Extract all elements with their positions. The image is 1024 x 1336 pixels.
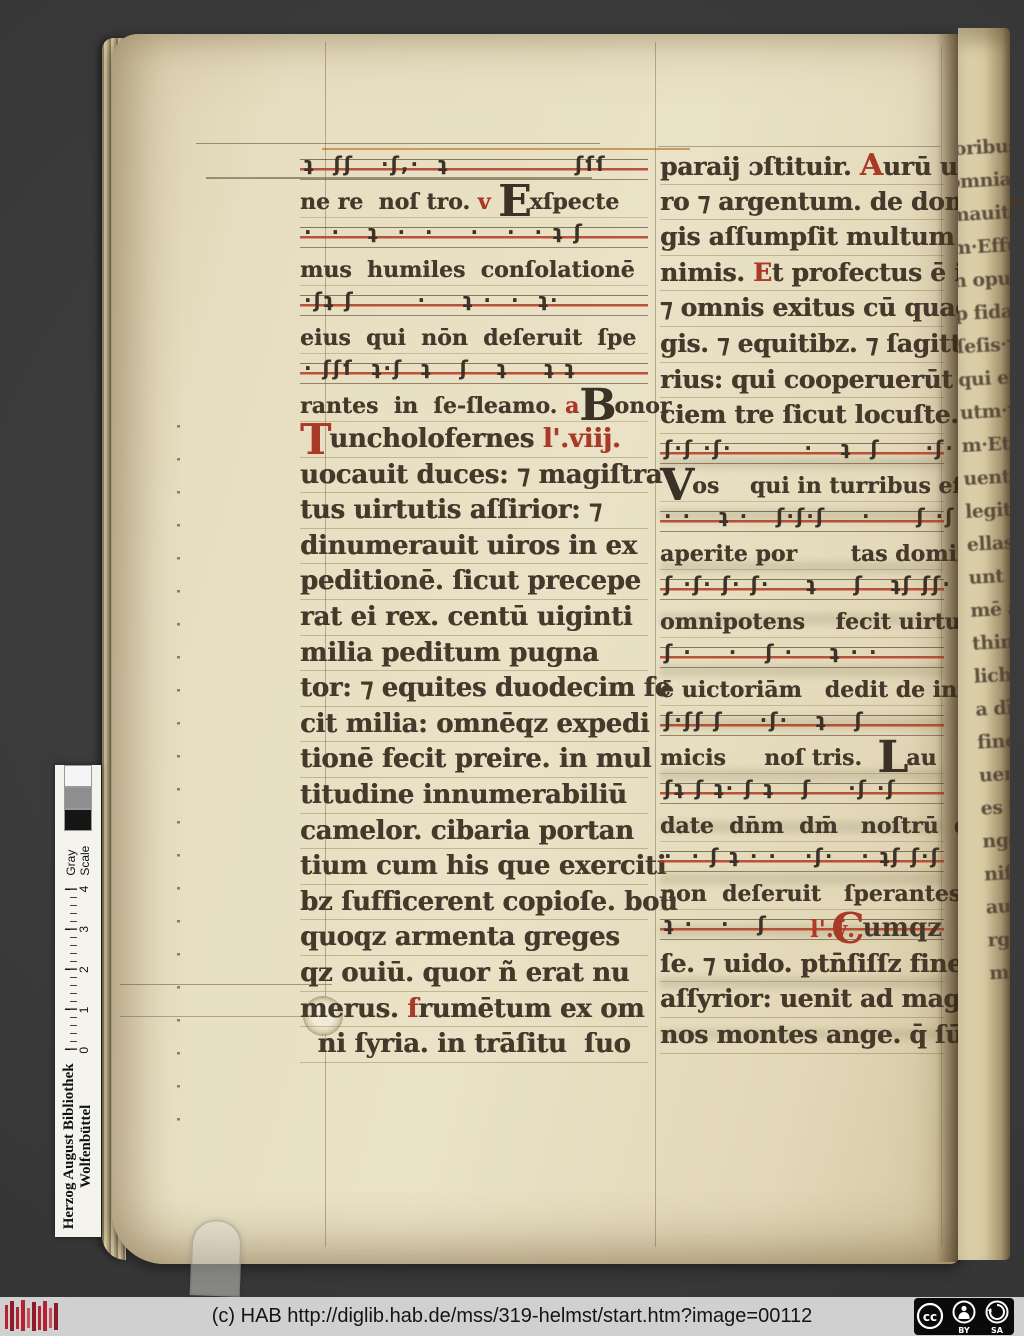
facing-page-text-line: fines aſſur·q bbox=[976, 724, 1010, 759]
pricking-holes bbox=[177, 425, 180, 1133]
right-paragraph-top: paraij ɔſtituir. Aurū uero ⁊ argentum. d… bbox=[660, 149, 944, 434]
text-line: uocauit duces: ⁊ magiſtra bbox=[300, 458, 648, 494]
text-line: aſſyrior: uenit ad mag bbox=[660, 982, 944, 1018]
gray-scale: Gray Scale bbox=[64, 765, 92, 876]
neume-marks: · ʃʃſ ʇ·ʃ ʇ ʃ ʇ ʇ ʇ bbox=[304, 356, 576, 380]
facing-page-text-line: p fidauit qz oī bbox=[958, 296, 1001, 331]
chant-row: ʃ·ʃ ·ʃ· · ʇ ʃ ·ʃ· ʃ Vos qui in turribus … bbox=[660, 435, 944, 502]
ruler-number: 2 bbox=[77, 966, 91, 973]
ruling-line bbox=[196, 143, 600, 144]
transparent-page-holder bbox=[190, 1219, 243, 1297]
facing-page-text-line: niſtro ɔſtituit bbox=[983, 856, 1010, 891]
ruling-line bbox=[658, 146, 940, 147]
chant-lyric: eius qui nōn deſeruit ſpe bbox=[300, 323, 648, 354]
facing-page-text-line: thimos eius uſ bbox=[971, 625, 1010, 660]
neume-marks: ʃ · · ʃ · ʇ · · bbox=[664, 640, 879, 664]
facing-page-text-line: uertit ad mōt bbox=[978, 757, 1010, 792]
text-line: qz ouiū. quor ñ erat nu bbox=[300, 956, 648, 992]
left-chant-block: ʇ ʃʃ ·ʃ,· ʇ ʃſſ ne re noſ tro. v Exſpect… bbox=[300, 151, 648, 422]
library-name: Herzog August Bibliothek Wolfenbüttel bbox=[61, 1056, 95, 1237]
music-staff: ʃ ·ʃ· ʃ· ʃ· ʇ ʃ ʇʃ ʃʃ· bbox=[660, 571, 944, 607]
left-column: ʇ ʃʃ ·ʃ,· ʇ ʃſſ ne re noſ tro. v Exſpect… bbox=[300, 150, 648, 1063]
music-staff: · · ʇ · · · · · ʇ ʃ bbox=[300, 219, 648, 255]
cm-ruler: 01234 bbox=[65, 886, 91, 1054]
neume-marks: ʃ ·ʃ· ʃ· ʃ· ʇ ʃ ʇʃ ʃʃ· bbox=[664, 572, 952, 596]
facing-page-text-line: m·Et mīlit euf bbox=[961, 428, 1008, 463]
chant-lyric: omnipotens fecit uirtutē bbox=[660, 607, 944, 638]
chant-row: ʃ · · ʃ · ʇ · · ē uictoriām dedit de ini bbox=[660, 639, 944, 706]
facing-page-edge: ſoribus dicte·omnia caſtellmauit omīe tm… bbox=[958, 28, 1010, 1260]
facing-page-text-line: n opulentiſſu bbox=[958, 263, 999, 298]
text-line: tor: ⁊ equites duodecim fe bbox=[300, 671, 648, 707]
right-chant-block: ʃ·ʃ ·ʃ· · ʇ ʃ ·ʃ· ʃ Vos qui in turribus … bbox=[660, 435, 944, 947]
neume-marks: ·ʃʇ ʃ · ʇ · · ʇ· bbox=[304, 288, 560, 312]
facing-page-text-line: mē ad mare·Et bbox=[969, 593, 1010, 628]
chant-lyric: date dn̄m dm̄ noſtrū qui bbox=[660, 811, 944, 842]
ruler-number: 0 bbox=[77, 1047, 91, 1054]
chant-lyric: non deſeruit ſperantes in bbox=[660, 879, 944, 910]
music-staff: · · ʃ ʇ · · ·ʃ· · ʇʃ ʃ·ʃ bbox=[660, 843, 944, 879]
text-line: rius: qui cooperuerūt fa bbox=[660, 363, 944, 399]
cc-by-sa-badge: cc BY SA bbox=[914, 1298, 1014, 1335]
text-line: tus uirtutis aſſirior: ⁊ bbox=[300, 493, 648, 529]
copyright-url: (c) HAB http://diglib.hab.de/mss/319-hel… bbox=[0, 1297, 1024, 1336]
neume-marks: ʃʇ ʃ ʇ· ʃ ʇ ʃ ·ʃ ·ʃ bbox=[664, 776, 897, 800]
music-staff: · ʃʃſ ʇ·ʃ ʇ ʃ ʇ ʇ ʇ bbox=[300, 355, 648, 391]
facing-page-text-line: es magnos·a bbox=[980, 790, 1010, 825]
chant-row: ʃʇ ʃ ʇ· ʃ ʇ ʃ ·ʃ ·ʃ date dn̄m dm̄ noſtrū… bbox=[660, 775, 944, 842]
text-line: cit milia: omnēqz expedi bbox=[300, 707, 648, 743]
gray-scale-patches bbox=[64, 765, 92, 831]
music-staff: ʃ·ʃʃ ʃ ·ʃ· ʇ ʃ bbox=[660, 707, 944, 743]
chant-row: · · ʇ · ʃ·ʃ·ʃ · ʃ ·ʃ aperite por tas dom… bbox=[660, 503, 944, 570]
ruler-numbers: 01234 bbox=[77, 886, 91, 1054]
facing-page-text-line: unt māthe·ul bbox=[968, 560, 1010, 595]
ruler-content: Herzog August Bibliothek Wolfenbüttel 01… bbox=[55, 765, 101, 1237]
music-staff: · · ʇ · ʃ·ʃ·ʃ · ʃ ·ʃ bbox=[660, 503, 944, 539]
chant-row: ·ʃʇ ʃ · ʇ · · ʇ· eius qui nōn deſeruit ſ… bbox=[300, 287, 648, 354]
facing-page-text-line: legit omēs ciui bbox=[964, 494, 1010, 529]
facing-page-text-line: ngeſ q̄ ſur a ſi bbox=[982, 823, 1010, 858]
music-staff: ʃ · · ʃ · ʇ · · bbox=[660, 639, 944, 675]
facing-page-text-line: lich q̄ ſancta bbox=[973, 658, 1010, 693]
photo-background: ʇ ʃʃ ·ʃ,· ʇ ʃſſ ne re noſ tro. v Exſpect… bbox=[0, 0, 1024, 1297]
cc-logo-text: cc bbox=[923, 1310, 937, 1324]
library-name-line1: Herzog August Bibliothek bbox=[61, 1056, 78, 1237]
facing-page-text-line: rgentū de do bbox=[987, 922, 1010, 957]
neume-marks: · · ʃ ʇ · · ·ʃ· · ʇʃ ʃ·ʃ bbox=[664, 844, 941, 868]
music-staff: ʇ · · ʃ l'.v̈. Cumqz bbox=[660, 911, 944, 947]
facing-page-text-line: ſoribus dicte· bbox=[958, 131, 992, 166]
digitized-manuscript-photo: ʇ ʃʃ ·ʃ,· ʇ ʃſſ ne re noſ tro. v Exſpect… bbox=[0, 0, 1024, 1336]
neume-marks: ʇ · · ʃ bbox=[664, 912, 768, 936]
chant-row: ʃ ·ʃ· ʃ· ʃ· ʇ ʃ ʇʃ ʃʃ· omnipotens fecit … bbox=[660, 571, 944, 638]
facing-page-text-line: m·Effugit au bbox=[958, 230, 997, 265]
facing-page-text-line: a dīcis ad oē bbox=[975, 691, 1010, 726]
chant-row: ʃ·ʃʃ ʃ ·ʃ· ʇ ʃ micis noſ tris. Lau bbox=[660, 707, 944, 774]
text-line: dinumerauit uiros in ex bbox=[300, 529, 648, 565]
ruler-number: 4 bbox=[77, 886, 91, 893]
ruler-ticks bbox=[65, 886, 77, 1050]
chant-lyric: aperite por tas dominus bbox=[660, 539, 944, 570]
text-line: ni ſyria. in trāſitu ſuo bbox=[300, 1027, 648, 1063]
facing-page-text-line: mauit omīe t bbox=[958, 197, 995, 232]
gray-patch-white bbox=[64, 765, 92, 787]
text-line: ſe. ⁊ uido. ptn̄ſiſſz fines bbox=[660, 947, 944, 983]
text-line: milia peditum pugna bbox=[300, 636, 648, 672]
neume-marks: ʃ·ʃ ·ʃ· · ʇ ʃ ·ʃ· ʃ bbox=[664, 436, 974, 460]
text-line: Tuncholofernes l'.viij. bbox=[300, 422, 648, 458]
facing-page-text-line: ſeſis·⁊ filios u bbox=[958, 329, 1002, 364]
music-staff: ·ʃʇ ʃ · ʇ · · ʇ· bbox=[300, 287, 648, 323]
chant-lyric: rantes in ſe-ſleamo. aBonor bbox=[300, 391, 648, 422]
chant-lyric: mus humiles conſolationē bbox=[300, 255, 648, 286]
text-line: peditionē. ſicut precepe bbox=[300, 564, 648, 600]
text-line: paraij ɔſtituir. Aurū ue bbox=[660, 149, 944, 185]
chant-row: · · ʇ · · · · · ʇ ʃ mus humiles conſolat… bbox=[300, 219, 648, 286]
staff-tail-text: Cumqz bbox=[831, 913, 942, 943]
chant-row: · ʃʃſ ʇ·ʃ ʇ ʃ ʇ ʇ ʇ rantes in ſe-ſleamo.… bbox=[300, 355, 648, 422]
facing-page-text-line: utm·⁊ ad auſt bbox=[959, 395, 1006, 430]
text-line: titudine innumerabiliū bbox=[300, 778, 648, 814]
ruler-number: 1 bbox=[77, 1007, 91, 1014]
facing-page-text-line: ellas·qui cōſa t bbox=[966, 527, 1010, 562]
gray-scale-label: Gray Scale bbox=[64, 835, 92, 876]
text-line: ciem tre ſicut locuſte. R bbox=[660, 398, 944, 434]
chant-row: · · ʃ ʇ · · ·ʃ· · ʇʃ ʃ·ʃ non deſeruit ſp… bbox=[660, 843, 944, 910]
right-column: paraij ɔſtituir. Aurū uero ⁊ argentum. d… bbox=[660, 149, 944, 1054]
text-line: merus. frumētum ex om bbox=[300, 992, 648, 1028]
neume-marks: · · ʇ · ʃ·ʃ·ʃ · ʃ ·ʃ bbox=[664, 504, 956, 528]
facing-page-text: ſoribus dicte·omnia caſtellmauit omīe tm… bbox=[958, 28, 1010, 991]
chant-row: ʇ · · ʃ l'.v̈. Cumqz bbox=[660, 911, 944, 947]
reference-ruler-strip: Herzog August Bibliothek Wolfenbüttel 01… bbox=[55, 765, 101, 1237]
chant-row: ʇ ʃʃ ·ʃ,· ʇ ʃſſ ne re noſ tro. v Exſpect… bbox=[300, 151, 648, 218]
text-line: nos montes ange. q̄ ſūr bbox=[660, 1018, 944, 1054]
library-name-line2: Wolfenbüttel bbox=[78, 1056, 95, 1237]
text-line: camelor. cibaria portan bbox=[300, 814, 648, 850]
left-paragraph: Tuncholofernes l'.viij.uocauit duces: ⁊ … bbox=[300, 422, 648, 1063]
right-paragraph-bottom: ſe. ⁊ uido. ptn̄ſiſſz finesaſſyrior: uen… bbox=[660, 947, 944, 1054]
book-gutter-shadow bbox=[936, 34, 960, 1262]
caption-bar: (c) HAB http://diglib.hab.de/mss/319-hel… bbox=[0, 1297, 1024, 1336]
music-staff: ʃ·ʃ ·ʃ· · ʇ ʃ ·ʃ· ʃ bbox=[660, 435, 944, 471]
chant-lyric: ē uictoriām dedit de ini bbox=[660, 675, 944, 706]
facing-page-text-line: uent mōſopota bbox=[963, 461, 1010, 496]
ruler-number: 3 bbox=[77, 926, 91, 933]
neume-marks: · · ʇ · · · · · ʇ ʃ bbox=[304, 220, 584, 244]
gray-patch-mid bbox=[64, 787, 92, 809]
music-staff: ʃʇ ʃ ʇ· ʃ ʇ ʃ ·ʃ ·ʃ bbox=[660, 775, 944, 811]
gray-patch-black bbox=[64, 809, 92, 831]
text-line: tium cum his que exerciti bbox=[300, 849, 648, 885]
neume-marks: ʃ·ʃʃ ʃ ·ʃ· ʇ ʃ bbox=[664, 708, 865, 732]
text-line: nimis. Et profectus ē ipſe bbox=[660, 256, 944, 292]
text-line: gis. ⁊ equitibz. ⁊ ſagitta bbox=[660, 327, 944, 363]
by-label: BY bbox=[958, 1326, 970, 1335]
text-line: quoqz armenta greges bbox=[300, 920, 648, 956]
facing-page-text-line: qui erant cōtr bbox=[958, 362, 1004, 397]
facing-page-text-line: aurū uero ⁊ a bbox=[985, 889, 1010, 924]
chant-lyric: ne re noſ tro. v Exſpecte bbox=[300, 187, 648, 218]
text-line: ⁊ omnis exitus cū quadri bbox=[660, 291, 944, 327]
text-line: gis aſſumpſit multum bbox=[660, 220, 944, 256]
sa-label: SA bbox=[991, 1326, 1004, 1335]
text-line: tionē fecit preire. in mul bbox=[300, 742, 648, 778]
music-staff: ʇ ʃʃ ·ʃ,· ʇ ʃſſ bbox=[300, 151, 648, 187]
text-line: bz ſufficerent copioſe. boū bbox=[300, 885, 648, 921]
neume-marks: ʇ ʃʃ ·ʃ,· ʇ ʃſſ bbox=[304, 152, 607, 176]
chant-lyric: micis noſ tris. Lau bbox=[660, 743, 944, 774]
facing-page-text-line: omnia caſtell bbox=[958, 164, 994, 199]
ruling-line bbox=[120, 1016, 308, 1017]
ruling-vertical bbox=[655, 42, 656, 1247]
facing-page-text-line: mo regis aſſū bbox=[988, 955, 1010, 990]
chant-lyric: Vos qui in turribus eſtis bbox=[660, 471, 944, 502]
text-line: rat ei rex. centū uiginti bbox=[300, 600, 648, 636]
text-line: ro ⁊ argentum. de domo re bbox=[660, 185, 944, 221]
